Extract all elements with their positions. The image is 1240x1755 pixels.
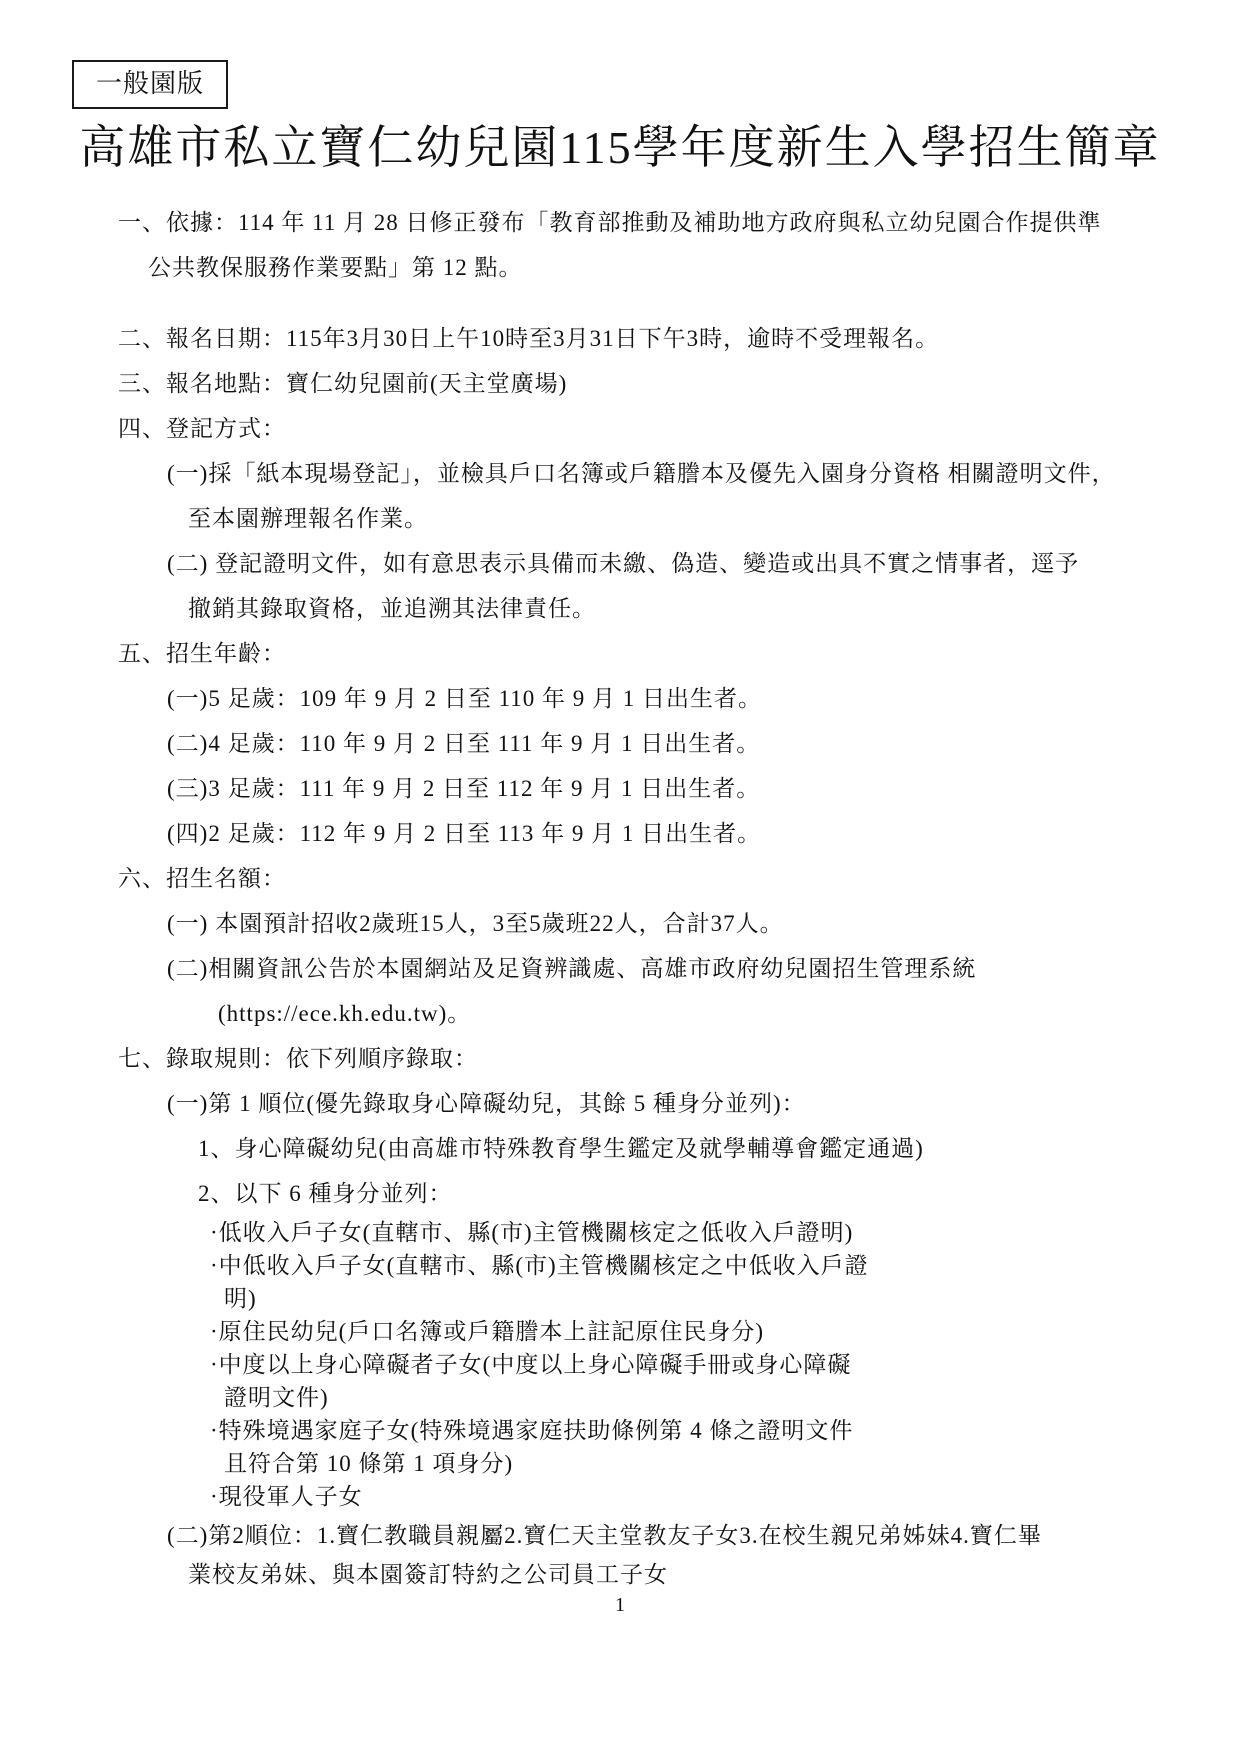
doc-line: 證明文件) <box>224 1381 1240 1414</box>
page-number: 1 <box>0 1594 1240 1617</box>
doc-line: 且符合第 10 條第 1 項身分) <box>224 1447 1240 1480</box>
doc-line: (二) 登記證明文件，如有意思表示具備而未繳、偽造、變造或出具不實之情事者，逕予 <box>167 541 1240 586</box>
doc-line: ·原住民幼兒(戶口名簿或戶籍謄本上註記原住民身分) <box>210 1315 1240 1348</box>
doc-line: 二、報名日期：115年3月30日上午10時至3月31日下午3時，逾時不受理報名。 <box>118 316 1240 361</box>
doc-line: 撤銷其錄取資格，並追溯其法律責任。 <box>188 586 1240 631</box>
doc-line: (一)5 足歲：109 年 9 月 2 日至 110 年 9 月 1 日出生者。 <box>167 676 1240 721</box>
doc-line: (一)採「紙本現場登記」，並檢具戶口名簿或戶籍謄本及優先入園身分資格 相關證明文… <box>167 451 1240 496</box>
doc-line: ·特殊境遇家庭子女(特殊境遇家庭扶助條例第 4 條之證明文件 <box>210 1414 1240 1447</box>
doc-line: 六、招生名額： <box>118 856 1240 901</box>
doc-line: (一)第 1 順位(優先錄取身心障礙幼兒，其餘 5 種身分並列)： <box>167 1081 1240 1126</box>
doc-line: ·中低收入戶子女(直轄市、縣(市)主管機關核定之中低收入戶證 <box>210 1249 1240 1282</box>
version-badge-label: 一般園版 <box>96 69 204 98</box>
doc-line: (四)2 足歲：112 年 9 月 2 日至 113 年 9 月 1 日出生者。 <box>167 811 1240 856</box>
doc-line: 七、錄取規則：依下列順序錄取： <box>118 1036 1240 1081</box>
doc-line: (二)相關資訊公告於本園網站及足資辨識處、高雄市政府幼兒園招生管理系統 <box>167 946 1240 991</box>
doc-line: (三)3 足歲：111 年 9 月 2 日至 112 年 9 月 1 日出生者。 <box>167 766 1240 811</box>
doc-line: 五、招生年齡： <box>118 631 1240 676</box>
doc-line: ·中度以上身心障礙者子女(中度以上身心障礙手冊或身心障礙 <box>210 1348 1240 1381</box>
doc-line: (二)4 足歲：110 年 9 月 2 日至 111 年 9 月 1 日出生者。 <box>167 721 1240 766</box>
doc-line: 四、登記方式： <box>118 406 1240 451</box>
document-page: 一般園版 高雄市私立寶仁幼兒園115學年度新生入學招生簡章 一、依據：114 年… <box>0 0 1240 1755</box>
doc-line: ·低收入戶子女(直轄市、縣(市)主管機關核定之低收入戶證明) <box>210 1216 1240 1249</box>
doc-line: 一、依據：114 年 11 月 28 日修正發布「教育部推動及補助地方政府與私立… <box>118 200 1240 245</box>
doc-line: (二)第2順位：1.寶仁教職員親屬2.寶仁天主堂教友子女3.在校生親兄弟姊妹4.… <box>167 1513 1240 1558</box>
doc-line: 1、身心障礙幼兒(由高雄市特殊教育學生鑑定及就學輔導會鑑定通過) <box>198 1126 1240 1171</box>
doc-line: 明) <box>224 1282 1240 1315</box>
doc-line: 2、以下 6 種身分並列： <box>198 1171 1240 1216</box>
document-body: 一、依據：114 年 11 月 28 日修正發布「教育部推動及補助地方政府與私立… <box>0 200 1240 1591</box>
version-badge: 一般園版 <box>72 60 228 109</box>
doc-line: 三、報名地點：寶仁幼兒園前(天主堂廣場) <box>118 361 1240 406</box>
doc-line: 業校友弟妹、與本園簽訂特約之公司員工子女 <box>188 1558 1240 1591</box>
doc-line: 至本園辦理報名作業。 <box>188 496 1240 541</box>
doc-line: 公共教保服務作業要點」第 12 點。 <box>148 245 1240 290</box>
doc-line: (https://ece.kh.edu.tw)。 <box>218 991 1240 1036</box>
doc-line: ·現役軍人子女 <box>210 1480 1240 1513</box>
doc-line: (一) 本園預計招收2歲班15人，3至5歲班22人，合計37人。 <box>167 901 1240 946</box>
